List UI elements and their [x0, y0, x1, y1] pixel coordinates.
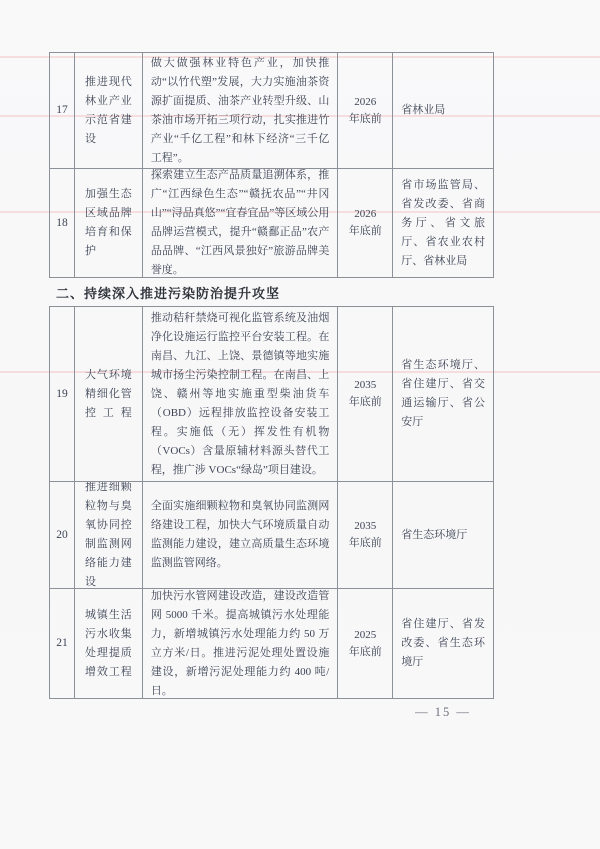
responsible-departments: 省生态环境厅、省住建厅、省交通运输厅、省公安厅: [393, 307, 494, 482]
page-number: — 15 —: [402, 705, 484, 720]
responsible-departments: 省住建厅、省发改委、省生态环境厅: [393, 589, 494, 699]
task-name-text: 推进现代林业产业示范省建设: [85, 73, 132, 149]
deadline-year: 2026: [354, 206, 376, 223]
responsible-departments: 省市场监管局、省发改委、省商务厅、省文旅厅、省农业农村厅、省林业局: [393, 169, 494, 278]
responsible-departments: 省林业局: [393, 53, 494, 169]
task-name: 推进现代林业产业示范省建设: [75, 53, 143, 169]
deadline: 2026 年底前: [338, 169, 393, 278]
deadline: 2026 年底前: [338, 53, 393, 169]
deadline-suffix: 年底前: [349, 394, 382, 411]
table-row: 20 推进细颗粒物与臭氧协同控制监测网络能力建设 全面实施细颗粒物和臭氧协同监测…: [50, 482, 494, 589]
task-name: 大气环境精细化管控工程: [75, 307, 143, 482]
task-description: 做大做强林业特色产业，加快推动“以竹代塑”发展，大力实施油茶资源扩面提质、油茶产…: [143, 53, 339, 169]
task-description-text: 做大做强林业特色产业，加快推动“以竹代塑”发展，大力实施油茶资源扩面提质、油茶产…: [151, 54, 330, 168]
deadline-suffix: 年底前: [349, 535, 382, 552]
task-description: 探索建立生态产品质量追溯体系，推广“江西绿色生态”“赣抚农品”“井冈山”“浔品真…: [143, 169, 339, 278]
task-name-text: 加强生态区域品牌培育和保护: [85, 185, 132, 261]
row-number: 19: [50, 307, 75, 482]
deadline: 2035 年底前: [338, 307, 393, 482]
deadline-suffix: 年底前: [349, 111, 382, 128]
deadline-suffix: 年底前: [349, 223, 382, 240]
task-name-text: 大气环境精细化管控工程: [85, 366, 132, 423]
deadline-year: 2026: [354, 94, 376, 111]
task-description-text: 全面实施细颗粒物和臭氧协同监测网络建设工程，加快大气环境质量自动监测能力建设，建…: [151, 497, 330, 573]
task-description: 加快污水管网建设改造，建设改造管网 5000 千米。提高城镇污水处理能力，新增城…: [143, 589, 339, 699]
row-number: 18: [50, 169, 75, 278]
deadline-suffix: 年底前: [349, 644, 382, 661]
task-description-text: 探索建立生态产品质量追溯体系，推广“江西绿色生态”“赣抚农品”“井冈山”“浔品真…: [151, 169, 330, 278]
deadline-year: 2035: [354, 377, 376, 394]
departments-text: 省生态环境厅、省住建厅、省交通运输厅、省公安厅: [401, 356, 485, 432]
task-table-part-1: 17 推进现代林业产业示范省建设 做大做强林业特色产业，加快推动“以竹代塑”发展…: [49, 52, 494, 278]
row-number: 21: [50, 589, 75, 699]
departments-text: 省林业局: [401, 101, 485, 120]
deadline-year: 2035: [354, 518, 376, 535]
responsible-departments: 省生态环境厅: [393, 482, 494, 589]
task-name-text: 城镇生活污水收集处理提质增效工程: [85, 606, 132, 682]
task-description: 全面实施细颗粒物和臭氧协同监测网络建设工程，加快大气环境质量自动监测能力建设，建…: [143, 482, 339, 589]
row-number: 17: [50, 53, 75, 169]
task-table-part-2: 19 大气环境精细化管控工程 推动秸秆禁烧可视化监管系统及油烟净化设施运行监控平…: [49, 306, 494, 699]
departments-text: 省市场监管局、省发改委、省商务厅、省文旅厅、省农业农村厅、省林业局: [401, 176, 485, 271]
task-description: 推动秸秆禁烧可视化监管系统及油烟净化设施运行监控平台安装工程。在南昌、九江、上饶…: [143, 307, 339, 482]
table-row: 19 大气环境精细化管控工程 推动秸秆禁烧可视化监管系统及油烟净化设施运行监控平…: [50, 307, 494, 482]
deadline: 2035 年底前: [338, 482, 393, 589]
task-description-text: 加快污水管网建设改造，建设改造管网 5000 千米。提高城镇污水处理能力，新增城…: [151, 589, 330, 699]
deadline-year: 2025: [354, 627, 376, 644]
row-number: 20: [50, 482, 75, 589]
deadline: 2025 年底前: [338, 589, 393, 699]
table-row: 21 城镇生活污水收集处理提质增效工程 加快污水管网建设改造，建设改造管网 50…: [50, 589, 494, 699]
task-name: 推进细颗粒物与臭氧协同控制监测网络能力建设: [75, 482, 143, 589]
departments-text: 省生态环境厅: [401, 526, 485, 545]
task-name-text: 推进细颗粒物与臭氧协同控制监测网络能力建设: [85, 482, 132, 589]
task-name: 城镇生活污水收集处理提质增效工程: [75, 589, 143, 699]
table-row: 17 推进现代林业产业示范省建设 做大做强林业特色产业，加快推动“以竹代塑”发展…: [50, 53, 494, 169]
table-row: 18 加强生态区域品牌培育和保护 探索建立生态产品质量追溯体系，推广“江西绿色生…: [50, 169, 494, 278]
departments-text: 省住建厅、省发改委、省生态环境厅: [401, 615, 485, 672]
task-table-document: 17 推进现代林业产业示范省建设 做大做强林业特色产业，加快推动“以竹代塑”发展…: [49, 52, 494, 699]
task-name: 加强生态区域品牌培育和保护: [75, 169, 143, 278]
section-heading: 二、持续深入推进污染防治提升攻坚: [49, 278, 494, 306]
task-description-text: 推动秸秆禁烧可视化监管系统及油烟净化设施运行监控平台安装工程。在南昌、九江、上饶…: [151, 309, 330, 480]
